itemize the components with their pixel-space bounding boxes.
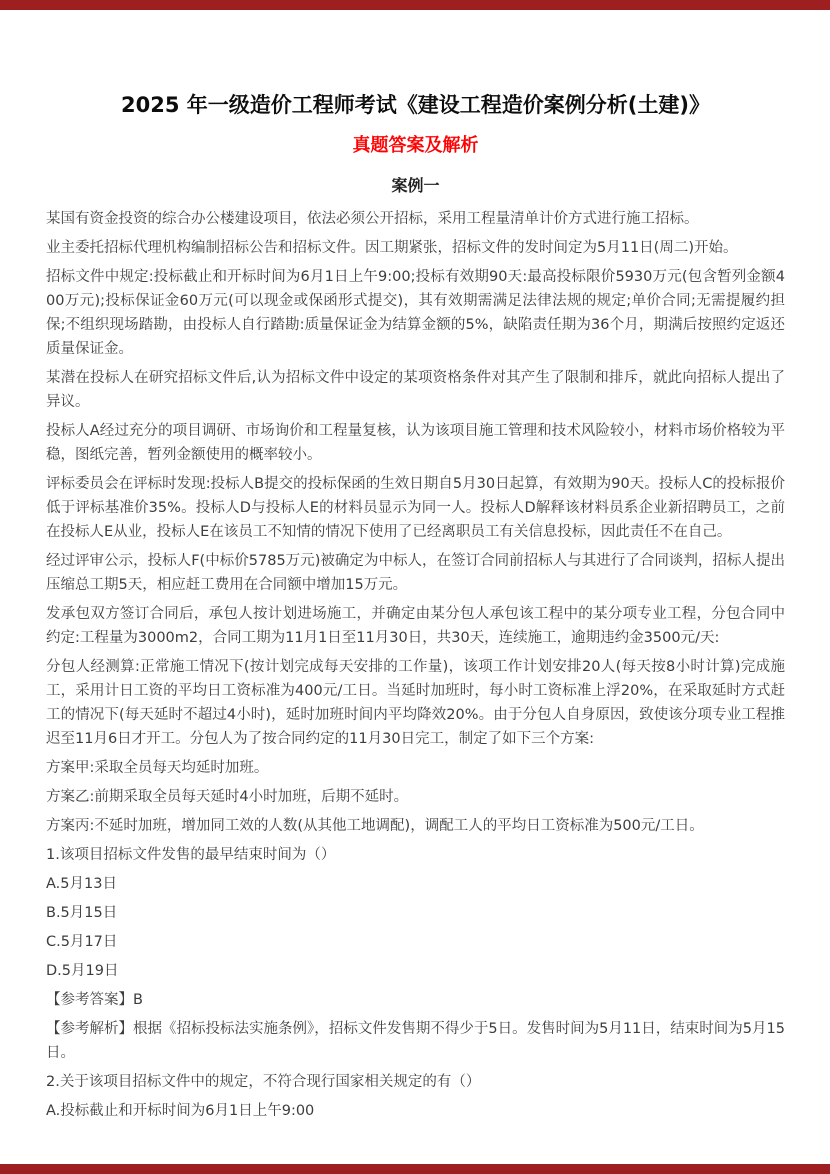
question-1-answer: 【参考答案】B — [46, 988, 785, 1012]
plan-a-paragraph: 方案甲:采取全员每天均延时加班。 — [46, 756, 785, 780]
question-1-option-c: C.5月17日 — [46, 930, 785, 954]
question-1-option-d: D.5月19日 — [46, 959, 785, 983]
question-1-analysis: 【参考解析】根据《招标投标法实施条例》，招标文件发售期不得少于5日。发售时间为5… — [46, 1017, 785, 1065]
case-paragraph: 评标委员会在评标时发现:投标人B提交的投标保函的生效日期自5月30日起算，有效期… — [46, 472, 785, 544]
section-heading-case-one: 案例一 — [46, 174, 785, 198]
case-paragraph: 某国有资金投资的综合办公楼建设项目，依法必须公开招标，采用工程量清单计价方式进行… — [46, 207, 785, 231]
question-1-option-a: A.5月13日 — [46, 872, 785, 896]
plan-c-paragraph: 方案丙:不延时加班，增加同工效的人数(从其他工地调配)，调配工人的平均日工资标准… — [46, 814, 785, 838]
page-title: 2025 年一级造价工程师考试《建设工程造价案例分析(土建)》 — [46, 90, 785, 120]
page-subtitle: 真题答案及解析 — [46, 133, 785, 159]
bottom-accent-bar — [0, 1164, 830, 1174]
question-1-option-b: B.5月15日 — [46, 901, 785, 925]
question-1-stem: 1.该项目招标文件发售的最早结束时间为（） — [46, 843, 785, 867]
question-2-option-a: A.投标截止和开标时间为6月1日上午9:00 — [46, 1099, 785, 1123]
question-2-stem: 2.关于该项目招标文件中的规定，不符合现行国家相关规定的有（） — [46, 1070, 785, 1094]
case-paragraph: 经过评审公示，投标人F(中标价5785万元)被确定为中标人，在签订合同前招标人与… — [46, 549, 785, 597]
exam-document-page: 2025 年一级造价工程师考试《建设工程造价案例分析(土建)》 真题答案及解析 … — [0, 0, 830, 1174]
case-paragraph: 业主委托招标代理机构编制招标公告和招标文件。因工期紧张，招标文件的发时间定为5月… — [46, 236, 785, 260]
case-paragraph: 分包人经测算:正常施工情况下(按计划完成每天安排的工作量)，该项工作计划安排20… — [46, 655, 785, 751]
case-paragraph: 投标人A经过充分的项目调研、市场询价和工程量复核，认为该项目施工管理和技术风险较… — [46, 419, 785, 467]
plan-b-paragraph: 方案乙:前期采取全员每天延时4小时加班，后期不延时。 — [46, 785, 785, 809]
document-content: 2025 年一级造价工程师考试《建设工程造价案例分析(土建)》 真题答案及解析 … — [0, 0, 830, 1123]
case-paragraph: 招标文件中规定:投标截止和开标时间为6月1日上午9:00;投标有效期90天:最高… — [46, 265, 785, 361]
case-paragraph: 某潜在投标人在研究招标文件后,认为招标文件中设定的某项资格条件对其产生了限制和排… — [46, 366, 785, 414]
top-accent-bar — [0, 0, 830, 10]
case-paragraph: 发承包双方签订合同后，承包人按计划进场施工，并确定由某分包人承包该工程中的某分项… — [46, 602, 785, 650]
